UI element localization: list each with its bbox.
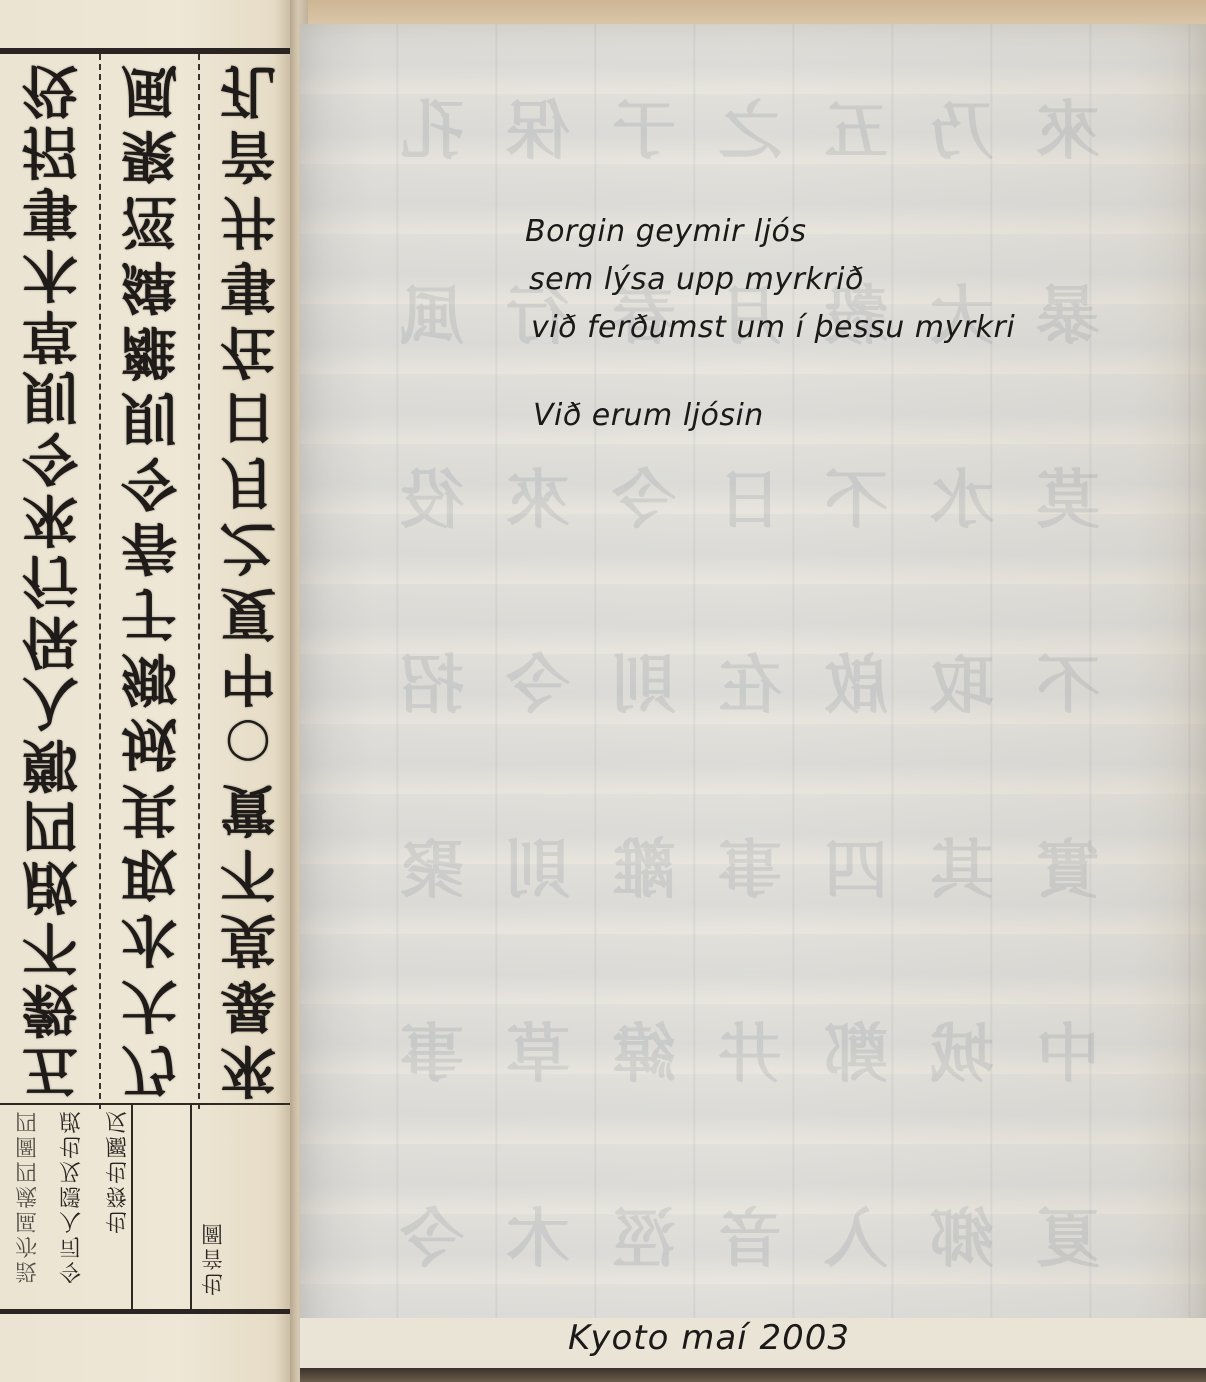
showthrough-character: 入 <box>824 1188 888 1280</box>
woodblock-character: 其 <box>121 779 177 839</box>
footnote-column-3: 令司入隱及也啟 <box>50 1108 90 1283</box>
woodblock-character: 大 <box>121 975 177 1035</box>
showthrough-character: 水 <box>930 449 994 541</box>
showthrough-character: 來 <box>1036 80 1100 172</box>
woodblock-character: 中 <box>220 648 276 708</box>
woodblock-character: 事 <box>220 256 276 316</box>
footnote-character: 圖 <box>15 1133 37 1158</box>
poem-line-1: Borgin geymir ljós <box>525 208 1145 256</box>
footnote-character: 啟 <box>59 1108 81 1133</box>
showthrough-character: 中 <box>1036 1003 1100 1095</box>
showthrough-character: 則 <box>612 634 676 726</box>
woodblock-character: 月 <box>220 452 276 512</box>
showthrough-character: 保 <box>506 80 570 172</box>
woodblock-character: 春 <box>121 517 177 577</box>
woodblock-character: 乃 <box>121 1040 177 1100</box>
showthrough-character: 在 <box>718 634 782 726</box>
showthrough-character: 其 <box>930 819 994 911</box>
woodblock-character: 城 <box>121 713 177 773</box>
showthrough-character: 役 <box>400 449 464 541</box>
showthrough-character: 鄭 <box>824 1003 888 1095</box>
woodblock-character: 水 <box>121 909 177 969</box>
footnote-character: 也 <box>105 1208 127 1233</box>
footnote-character: 司 <box>59 1233 81 1258</box>
showthrough-character: 孔 <box>400 80 464 172</box>
showthrough-character: 來 <box>506 449 570 541</box>
woodblock-character: 穀 <box>22 979 78 1039</box>
showthrough-column: 孔風役招聚事令 <box>400 80 464 1280</box>
woodblock-character: 不 <box>220 844 276 904</box>
woodblock-character: 來 <box>22 489 78 549</box>
footnote-character: 歲 <box>15 1183 37 1208</box>
showthrough-character: 涇 <box>612 1188 676 1280</box>
woodblock-character: 離 <box>121 321 177 381</box>
frame-top-rule <box>0 48 294 54</box>
footnote-character: 令 <box>59 1258 81 1283</box>
showthrough-character: 取 <box>930 634 994 726</box>
woodblock-character: 鄭 <box>22 734 78 794</box>
woodblock-character: 五 <box>22 1040 78 1100</box>
woodblock-character: 涇 <box>121 191 177 251</box>
woodblock-character: ◯ <box>226 713 271 773</box>
text-column-1: 來暴莫不實◯中夏之月日在事井音孔 <box>200 60 296 1100</box>
showthrough-character: 之 <box>718 80 782 172</box>
footnote-character: 四 <box>15 1158 37 1183</box>
text-column-3: 五穀不啟四鄭入保行來令則草木事招役 <box>2 60 98 1100</box>
woodblock-character: 在 <box>220 321 276 381</box>
showthrough-character: 不 <box>1036 634 1100 726</box>
showthrough-character: 招 <box>400 634 464 726</box>
showthrough-character: 事 <box>718 819 782 911</box>
woodblock-character: 緯 <box>121 256 177 316</box>
showthrough-character: 鄉 <box>930 1188 994 1280</box>
footnote-character: 反 <box>105 1108 127 1133</box>
woodblock-character: 暴 <box>220 975 276 1035</box>
woodblock-character: 風 <box>121 60 177 120</box>
woodblock-character: 則 <box>22 366 78 426</box>
footnote-character: 亦 <box>15 1233 37 1258</box>
footnote-character: 區 <box>15 1208 37 1233</box>
showthrough-character: 事 <box>400 1003 464 1095</box>
showthrough-character: 日 <box>718 449 782 541</box>
woodblock-character: 木 <box>22 244 78 304</box>
showthrough-character: 夏 <box>1036 1188 1100 1280</box>
showthrough-character: 實 <box>1036 819 1100 911</box>
footnote-column-1: 也音圖 <box>192 1220 232 1295</box>
woodblock-character: 入 <box>22 673 78 733</box>
woodblock-character: 之 <box>220 517 276 577</box>
poem-line-3: við ferðumst um í þessu myrkri <box>525 304 1145 352</box>
woodblock-page: 來暴莫不實◯中夏之月日在事井音孔 乃大水取其城鄉于春令則離緯涇聚風 五穀不啟四鄭… <box>0 0 298 1382</box>
woodblock-character: 聚 <box>121 125 177 185</box>
footnote-character: 圖 <box>201 1220 223 1245</box>
woodblock-character: 令 <box>22 428 78 488</box>
woodblock-character: 草 <box>22 305 78 365</box>
woodblock-character: 于 <box>121 583 177 643</box>
woodblock-character: 鄉 <box>121 648 177 708</box>
showthrough-character: 緯 <box>612 1003 676 1095</box>
showthrough-character: 不 <box>824 449 888 541</box>
footnote-column-4: 設亦區歲四圖四 <box>6 1108 46 1283</box>
frame-bottom-rule <box>0 1309 294 1314</box>
page-bottom-edge <box>300 1368 1206 1382</box>
showthrough-character: 風 <box>400 265 464 357</box>
showthrough-character: 令 <box>506 634 570 726</box>
woodblock-character: 保 <box>22 611 78 671</box>
place-date-signature: Kyoto maí 2003 <box>568 1318 850 1358</box>
showthrough-character: 啟 <box>824 634 888 726</box>
text-column-2: 乃大水取其城鄉于春令則離緯涇聚風 <box>101 60 197 1100</box>
footnote-character: 發 <box>105 1183 127 1208</box>
footnote-character: 設 <box>15 1258 37 1283</box>
woodblock-character: 井 <box>220 191 276 251</box>
woodblock-character: 招 <box>22 121 78 181</box>
woodblock-character: 孔 <box>220 60 276 120</box>
woodblock-character: 音 <box>220 125 276 185</box>
woodblock-character: 日 <box>220 387 276 447</box>
footnote-character: 也 <box>59 1133 81 1158</box>
showthrough-character: 聚 <box>400 819 464 911</box>
showthrough-character: 乃 <box>930 80 994 172</box>
woodblock-character: 莫 <box>220 909 276 969</box>
woodblock-character: 事 <box>22 183 78 243</box>
woodblock-character: 四 <box>22 795 78 855</box>
footnote-character: 及 <box>59 1158 81 1183</box>
handwritten-poem: Borgin geymir ljós sem lýsa upp myrkrið … <box>525 208 1145 440</box>
showthrough-character: 音 <box>718 1188 782 1280</box>
woodblock-character: 令 <box>121 452 177 512</box>
woodblock-character: 不 <box>22 918 78 978</box>
page-top-edge <box>300 0 1206 24</box>
showthrough-character: 井 <box>718 1003 782 1095</box>
showthrough-character: 草 <box>506 1003 570 1095</box>
footnote-character: 屬 <box>105 1133 127 1158</box>
showthrough-character: 則 <box>506 819 570 911</box>
showthrough-character: 離 <box>612 819 676 911</box>
footnote-character: 隱 <box>59 1183 81 1208</box>
woodblock-character: 則 <box>121 387 177 447</box>
poem-line-2: sem lýsa upp myrkrið <box>525 256 1145 304</box>
showthrough-character: 城 <box>930 1003 994 1095</box>
poem-closing-line: Við erum ljósin <box>525 392 1145 440</box>
showthrough-character: 木 <box>506 1188 570 1280</box>
showthrough-character: 四 <box>824 819 888 911</box>
woodblock-character: 取 <box>121 844 177 904</box>
woodblock-character: 夏 <box>220 583 276 643</box>
showthrough-character: 令 <box>612 449 676 541</box>
woodblock-character: 役 <box>22 60 78 120</box>
showthrough-character: 于 <box>612 80 676 172</box>
showthrough-character: 莫 <box>1036 449 1100 541</box>
footnote-character: 四 <box>15 1108 37 1133</box>
showthrough-character: 令 <box>400 1188 464 1280</box>
footnote-character: 音 <box>201 1245 223 1270</box>
woodblock-character: 啟 <box>22 856 78 916</box>
woodblock-character: 實 <box>220 779 276 839</box>
footnote-box-top-rule <box>0 1103 294 1105</box>
footnote-character: 也 <box>201 1270 223 1295</box>
footnote-column-2: 也發也屬反 <box>96 1108 136 1233</box>
footnote-character: 也 <box>105 1158 127 1183</box>
showthrough-character: 五 <box>824 80 888 172</box>
woodblock-character: 行 <box>22 550 78 610</box>
footnote-character: 入 <box>59 1208 81 1233</box>
woodblock-character: 來 <box>220 1040 276 1100</box>
